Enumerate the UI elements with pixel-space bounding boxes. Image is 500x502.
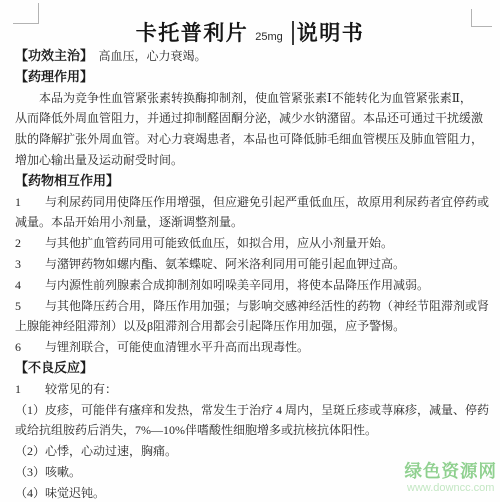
drug-name: 卡托普利片: [136, 17, 249, 47]
section-header-indications: 【功效主治】: [15, 48, 87, 63]
doc-line: 1 较常见的有：: [15, 379, 500, 400]
doc-line: 4 与内源性前列腺素合成抑制剂如吲哚美辛同用，将使本品降压作用减弱。: [15, 275, 500, 296]
doc-line: 3 与潴钾药物如螺内酯、氨苯蝶啶、阿米洛利同用可能引起血钾过高。: [15, 254, 500, 275]
doc-line: 减量。本品开始用小剂量，逐渐调整剂量。: [15, 212, 500, 233]
doc-line: （2）心悸，心动过速，胸痛。: [15, 441, 500, 462]
doc-line: 或给抗组胺药后消失，7%—10%伴嗜酸性细胞增多或抗核抗体阳性。: [15, 420, 500, 441]
document-body: 【功效主治】 高血压，心力衰竭。 【药理作用】 本品为竞争性血管紧张素转换酶抑制…: [15, 46, 500, 502]
doc-line: 增加心输出量及运动耐受时间。: [15, 150, 500, 171]
drug-leaflet-page: 卡托普利片 25mg 说明书 【功效主治】 高血压，心力衰竭。 【药理作用】 本…: [0, 0, 500, 502]
doc-line: 从而降低外周血管阻力，并通过抑制醛固酮分泌，减少水钠潴留。本品还可通过干扰缓激: [15, 108, 500, 129]
section-header-pharmacology: 【药理作用】: [15, 67, 500, 88]
indications-text: 高血压，心力衰竭。: [87, 49, 207, 63]
watermark-site-name: 绿色资源网: [405, 462, 498, 481]
doc-line: 肽的降解扩张外周血管。对心力衰竭患者，本品也可降低肺毛细血管楔压及肺血管阻力，: [15, 129, 500, 150]
doc-type-label: 说明书: [297, 17, 365, 47]
section-header-adverse-reactions: 【不良反应】: [15, 358, 500, 379]
doc-line: 6 与锂剂联合，可能使血清锂水平升高而出现毒性。: [15, 337, 500, 358]
doc-line: 2 与其他扩血管药同用可能致低血压，如拟合用，应从小剂量开始。: [15, 233, 500, 254]
doc-line: （1）皮疹，可能伴有瘙痒和发热，常发生于治疗 4 周内，呈斑丘疹或荨麻疹，减量、…: [15, 400, 500, 421]
watermark-site-url: www.downcc.com: [405, 482, 498, 494]
doc-line: 1 与利尿药同用使降压作用增强，但应避免引起严重低血压，故原用利尿药者宜停药或: [15, 192, 500, 213]
doc-line: 上腺能神经阻滞剂）以及β阻滞剂合用都会引起降压作用加强，应予警惕。: [15, 316, 500, 337]
watermark: 绿色资源网 www.downcc.com: [405, 462, 498, 494]
doc-line: 【功效主治】 高血压，心力衰竭。: [15, 46, 500, 67]
scan-artifact-divider: [292, 21, 294, 45]
doc-line: 5 与其他降压药合用，降压作用加强；与影响交感神经活性的药物（神经节阻滞剂或肾: [15, 296, 500, 317]
section-header-drug-interactions: 【药物相互作用】: [15, 171, 500, 192]
drug-dose: 25mg: [255, 31, 283, 43]
document-title: 卡托普利片 25mg 说明书: [0, 17, 500, 47]
doc-line: 本品为竞争性血管紧张素转换酶抑制剂，使血管紧张素Ⅰ不能转化为血管紧张素Ⅱ，: [15, 88, 500, 109]
